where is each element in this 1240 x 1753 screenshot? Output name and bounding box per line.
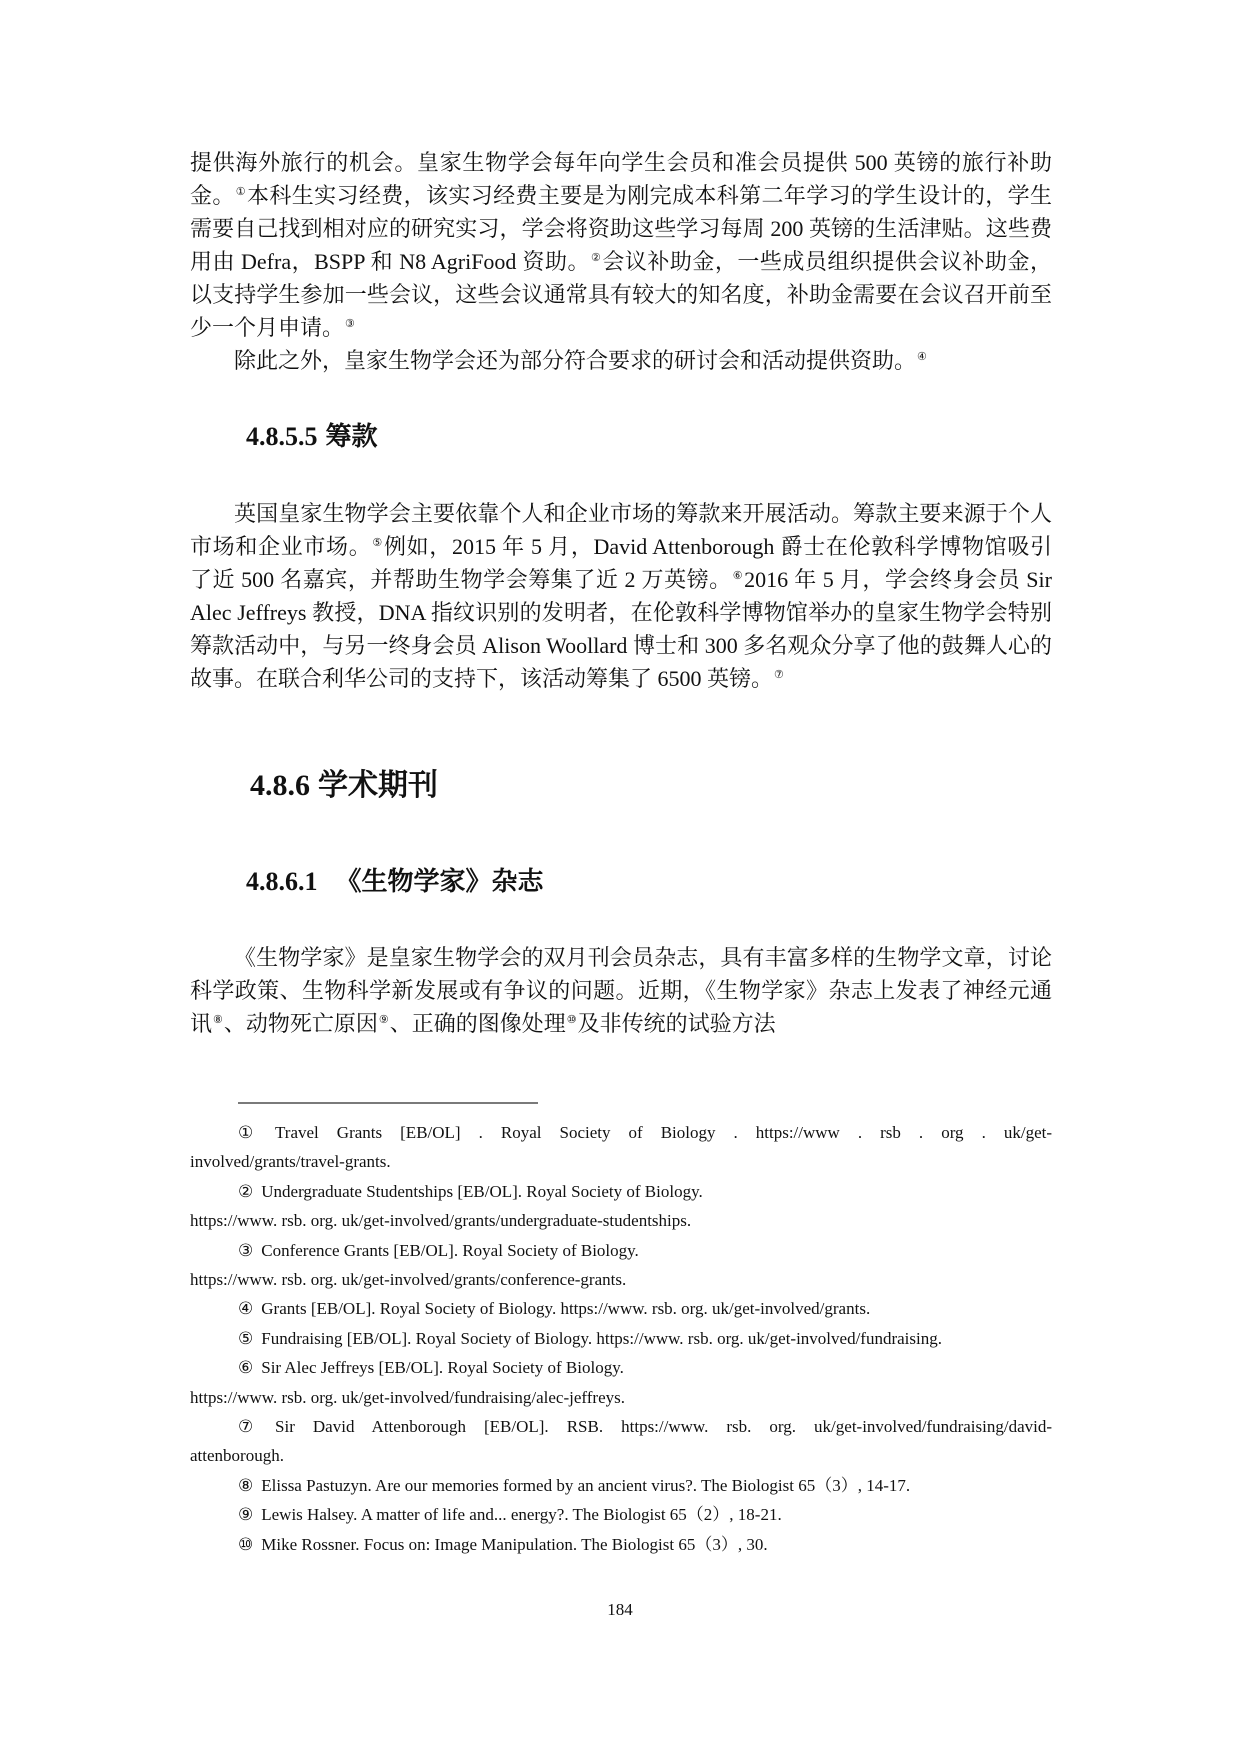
footnote-marker: ⑦ <box>238 1417 267 1436</box>
footnote-ref-2[interactable]: ② <box>591 252 601 264</box>
paragraph-fundraising: 英国皇家生物学会主要依靠个人和企业市场的筹款来开展活动。筹款主要来源于个人市场和… <box>190 497 1052 695</box>
body-paragraph: 英国皇家生物学会主要依靠个人和企业市场的筹款来开展活动。筹款主要来源于个人市场和… <box>190 497 1052 695</box>
footnote-text: Sir Alec Jeffreys [EB/OL]. Royal Society… <box>261 1358 624 1377</box>
footnote-ref-7[interactable]: ⑦ <box>774 669 784 681</box>
footnote-marker: ⑧ <box>238 1476 253 1495</box>
footnote-ref-1[interactable]: ① <box>236 186 246 198</box>
footnote-text[interactable]: Grants [EB/OL]. Royal Society of Biology… <box>261 1299 870 1318</box>
heading-title: 《生物学家》杂志 <box>336 867 544 896</box>
heading-number: 4.8.6.1 <box>246 867 318 896</box>
footnote-1: ①Travel Grants [EB/OL] . Royal Society o… <box>238 1118 1052 1147</box>
page-number: 184 <box>0 1598 1240 1622</box>
footnote-2: ②Undergraduate Studentships [EB/OL]. Roy… <box>238 1177 1052 1206</box>
footnote-4: ④Grants [EB/OL]. Royal Society of Biolog… <box>238 1294 1052 1323</box>
footnote-ref-3[interactable]: ③ <box>345 318 355 330</box>
heading-title: 筹款 <box>326 422 378 451</box>
body-paragraph: 除此之外，皇家生物学会还为部分符合要求的研讨会和活动提供资助。④ <box>190 344 1052 377</box>
heading-number: 4.8.5.5 <box>246 422 318 451</box>
footnote-ref-4[interactable]: ④ <box>917 351 927 363</box>
section-heading-486: 4.8.6学术期刊 <box>250 768 438 804</box>
section-heading-4855: 4.8.5.5筹款 <box>246 421 378 453</box>
footnote-ref-9[interactable]: ⑨ <box>379 1014 389 1026</box>
footnote-7-continued[interactable]: attenborough. <box>190 1441 1052 1470</box>
footnote-7: ⑦Sir David Attenborough [EB/OL]. RSB. ht… <box>238 1412 1052 1441</box>
footnote-ref-10[interactable]: ⑩ <box>567 1014 577 1026</box>
footnote-1-continued[interactable]: involved/grants/travel-grants. <box>190 1147 1052 1176</box>
paragraph-text: 除此之外，皇家生物学会还为部分符合要求的研讨会和活动提供资助。 <box>234 348 916 373</box>
footnote-marker: ② <box>238 1182 253 1201</box>
paragraph-biologist: 《生物学家》是皇家生物学会的双月刊会员杂志，具有丰富多样的生物学文章，讨论科学政… <box>190 941 1052 1040</box>
footnote-marker: ③ <box>238 1241 253 1260</box>
footnote-3: ③Conference Grants [EB/OL]. Royal Societ… <box>238 1236 1052 1265</box>
footnote-text[interactable]: Fundraising [EB/OL]. Royal Society of Bi… <box>261 1329 942 1348</box>
body-paragraph: 提供海外旅行的机会。皇家生物学会每年向学生会员和准会员提供 500 英镑的旅行补… <box>190 146 1052 344</box>
footnote-marker: ④ <box>238 1299 253 1318</box>
footnote-6-url[interactable]: https://www. rsb. org. uk/get-involved/f… <box>190 1383 1052 1412</box>
footnote-ref-5[interactable]: ⑤ <box>372 537 383 549</box>
footnote-8: ⑧Elissa Pastuzyn. Are our memories forme… <box>238 1471 1052 1500</box>
footnote-marker: ⑩ <box>238 1535 253 1554</box>
footnote-ref-6[interactable]: ⑥ <box>733 570 743 582</box>
heading-number: 4.8.6 <box>250 769 310 802</box>
footnote-ref-8[interactable]: ⑧ <box>213 1014 223 1026</box>
footnote-marker: ⑨ <box>238 1505 253 1524</box>
footnote-marker: ⑤ <box>238 1329 253 1348</box>
footnote-marker: ① <box>238 1123 267 1142</box>
footnote-text[interactable]: Sir David Attenborough [EB/OL]. RSB. htt… <box>275 1417 1052 1436</box>
footnote-marker: ⑥ <box>238 1358 253 1377</box>
footnote-text: Travel Grants [EB/OL] . Royal Society of… <box>275 1123 1052 1142</box>
footnote-5: ⑤Fundraising [EB/OL]. Royal Society of B… <box>238 1324 1052 1353</box>
footnote-text: Conference Grants [EB/OL]. Royal Society… <box>261 1241 639 1260</box>
footnote-10: ⑩Mike Rossner. Focus on: Image Manipulat… <box>238 1530 1052 1559</box>
footnote-text: Undergraduate Studentships [EB/OL]. Roya… <box>261 1182 702 1201</box>
paragraph-text: 、正确的图像处理 <box>390 1011 566 1036</box>
paragraph-text: 、动物死亡原因 <box>224 1011 378 1036</box>
paragraph-text: 及非传统的试验方法 <box>578 1011 776 1036</box>
footnote-6: ⑥Sir Alec Jeffreys [EB/OL]. Royal Societ… <box>238 1353 1052 1382</box>
section-heading-4861: 4.8.6.1《生物学家》杂志 <box>246 866 544 898</box>
footnote-text: Mike Rossner. Focus on: Image Manipulati… <box>261 1535 767 1554</box>
footnotes-list: ①Travel Grants [EB/OL] . Royal Society o… <box>238 1118 1052 1559</box>
heading-title: 学术期刊 <box>318 769 438 802</box>
footnote-9: ⑨Lewis Halsey. A matter of life and... e… <box>238 1500 1052 1529</box>
body-paragraph: 《生物学家》是皇家生物学会的双月刊会员杂志，具有丰富多样的生物学文章，讨论科学政… <box>190 941 1052 1040</box>
footnote-divider <box>238 1102 538 1104</box>
paragraph-grants-continued: 提供海外旅行的机会。皇家生物学会每年向学生会员和准会员提供 500 英镑的旅行补… <box>190 146 1052 377</box>
footnote-text: Lewis Halsey. A matter of life and... en… <box>261 1505 781 1524</box>
footnote-3-url[interactable]: https://www. rsb. org. uk/get-involved/g… <box>190 1265 1052 1294</box>
footnote-text: Elissa Pastuzyn. Are our memories formed… <box>261 1476 910 1495</box>
footnote-2-url[interactable]: https://www. rsb. org. uk/get-involved/g… <box>190 1206 1052 1235</box>
